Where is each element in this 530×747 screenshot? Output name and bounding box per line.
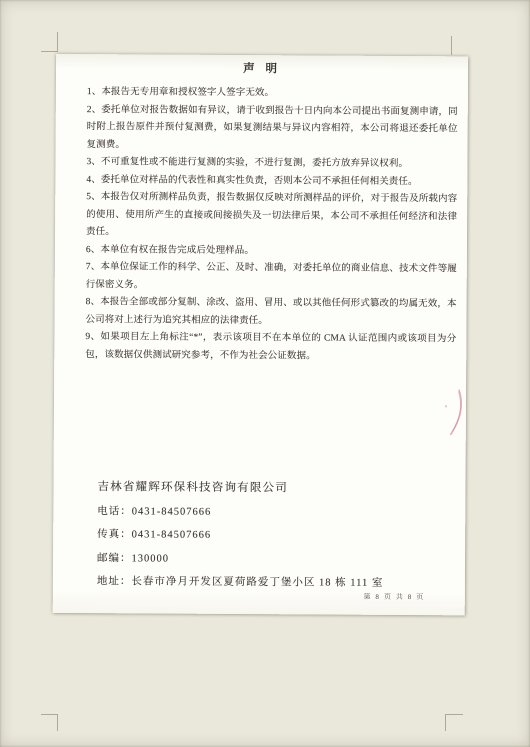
statement-number: 8、 <box>86 297 101 307</box>
statement-text: 委托单位对报告数据如有异议，请于收到报告十日内向本公司提出书面复测申请，同时附上… <box>87 105 458 150</box>
statement-text: 委托单位对样品的代表性和真实性负责，否则本公司不承担任何相关责任。 <box>101 175 418 187</box>
crop-mark-top-left <box>41 32 58 52</box>
statement-item-6: 6、本单位有权在报告完成后处理样品。 <box>86 242 457 262</box>
company-address: 地址：长春市净月开发区夏荷路爱丁堡小区 18 栋 111 室 <box>97 576 384 589</box>
statement-item-5: 5、本报告仅对所测样品负责，报告数据仅反映对所测样品的评价，对于报告及所载内容的… <box>86 189 457 244</box>
statement-item-3: 3、不可重复性或不能进行复测的实验，不进行复测，委托方放弃异议权利。 <box>86 154 457 174</box>
company-info-block: 吉林省耀辉环保科技咨询有限公司 电话：0431-84507666 传真：0431… <box>97 482 384 601</box>
statement-text: 不可重复性或不能进行复测的实验，不进行复测，委托方放弃异议权利。 <box>101 157 408 169</box>
company-phone: 电话：0431-84507666 <box>97 506 384 519</box>
statement-number: 2、 <box>87 105 102 115</box>
statement-list: 1、本报告无专用章和授权签字人签字无效。 2、委托单位对报告数据如有异议，请于收… <box>85 84 458 366</box>
statement-text: 本报告无专用章和授权签字人签字无效。 <box>101 87 274 98</box>
company-name: 吉林省耀辉环保科技咨询有限公司 <box>97 482 384 495</box>
statement-number: 6、 <box>86 245 101 255</box>
statement-item-4: 4、委托单位对样品的代表性和真实性负责，否则本公司不承担任何相关责任。 <box>86 172 457 192</box>
crop-mark-bottom-left <box>41 714 58 731</box>
statement-item-8: 8、本报告全部或部分复制、涂改、盗用、冒用、或以其他任何形式篡改的均属无效，本公… <box>85 294 456 331</box>
crop-mark-bottom-right <box>445 714 463 731</box>
red-stamp-edge-mark <box>442 383 474 445</box>
statement-item-1: 1、本报告无专用章和授权签字人签字无效。 <box>87 84 458 104</box>
statement-item-2: 2、委托单位对报告数据如有异议，请于收到报告十日内向本公司提出书面复测申请，同时… <box>87 102 458 157</box>
statement-number: 3、 <box>86 157 101 167</box>
statement-number: 9、 <box>85 332 100 342</box>
statement-number: 7、 <box>86 262 101 272</box>
company-postcode: 邮编：130000 <box>97 553 384 566</box>
statement-text: 本单位有权在报告完成后处理样品。 <box>100 245 254 256</box>
statement-text: 本报告全部或部分复制、涂改、盗用、冒用、或以其他任何形式篡改的均属无效，本公司将… <box>85 297 456 326</box>
statement-item-9: 9、如果项目左上角标注“*”，表示该项目不在本单位的 CMA 认证范围内或该项目… <box>85 329 456 366</box>
crop-mark-top-right <box>451 36 453 55</box>
statement-number: 5、 <box>86 192 101 202</box>
statement-number: 4、 <box>86 175 101 185</box>
statement-text: 如果项目左上角标注“*”，表示该项目不在本单位的 CMA 认证范围内或该项目为分… <box>85 332 456 361</box>
page-title: 声 明 <box>56 59 468 78</box>
company-fax: 传真：0431-84507666 <box>97 529 384 542</box>
statement-item-7: 7、本单位保证工作的科学、公正、及时、准确，对委托单位的商业信息、技术文件等履行… <box>86 259 457 296</box>
statement-text: 本报告仅对所测样品负责，报告数据仅反映对所测样品的评价，对于报告及所载内容的使用… <box>86 192 457 237</box>
statement-text: 本单位保证工作的科学、公正、及时、准确，对委托单位的商业信息、技术文件等履行保密… <box>86 262 457 290</box>
document-page: 声 明 1、本报告无专用章和授权签字人签字无效。 2、委托单位对报告数据如有异议… <box>53 54 468 616</box>
page-number-indicator: 第 8 页 共 8 页 <box>363 592 424 602</box>
statement-number: 1、 <box>87 87 102 97</box>
scanned-document-canvas: 声 明 1、本报告无专用章和授权签字人签字无效。 2、委托单位对报告数据如有异议… <box>0 0 530 747</box>
